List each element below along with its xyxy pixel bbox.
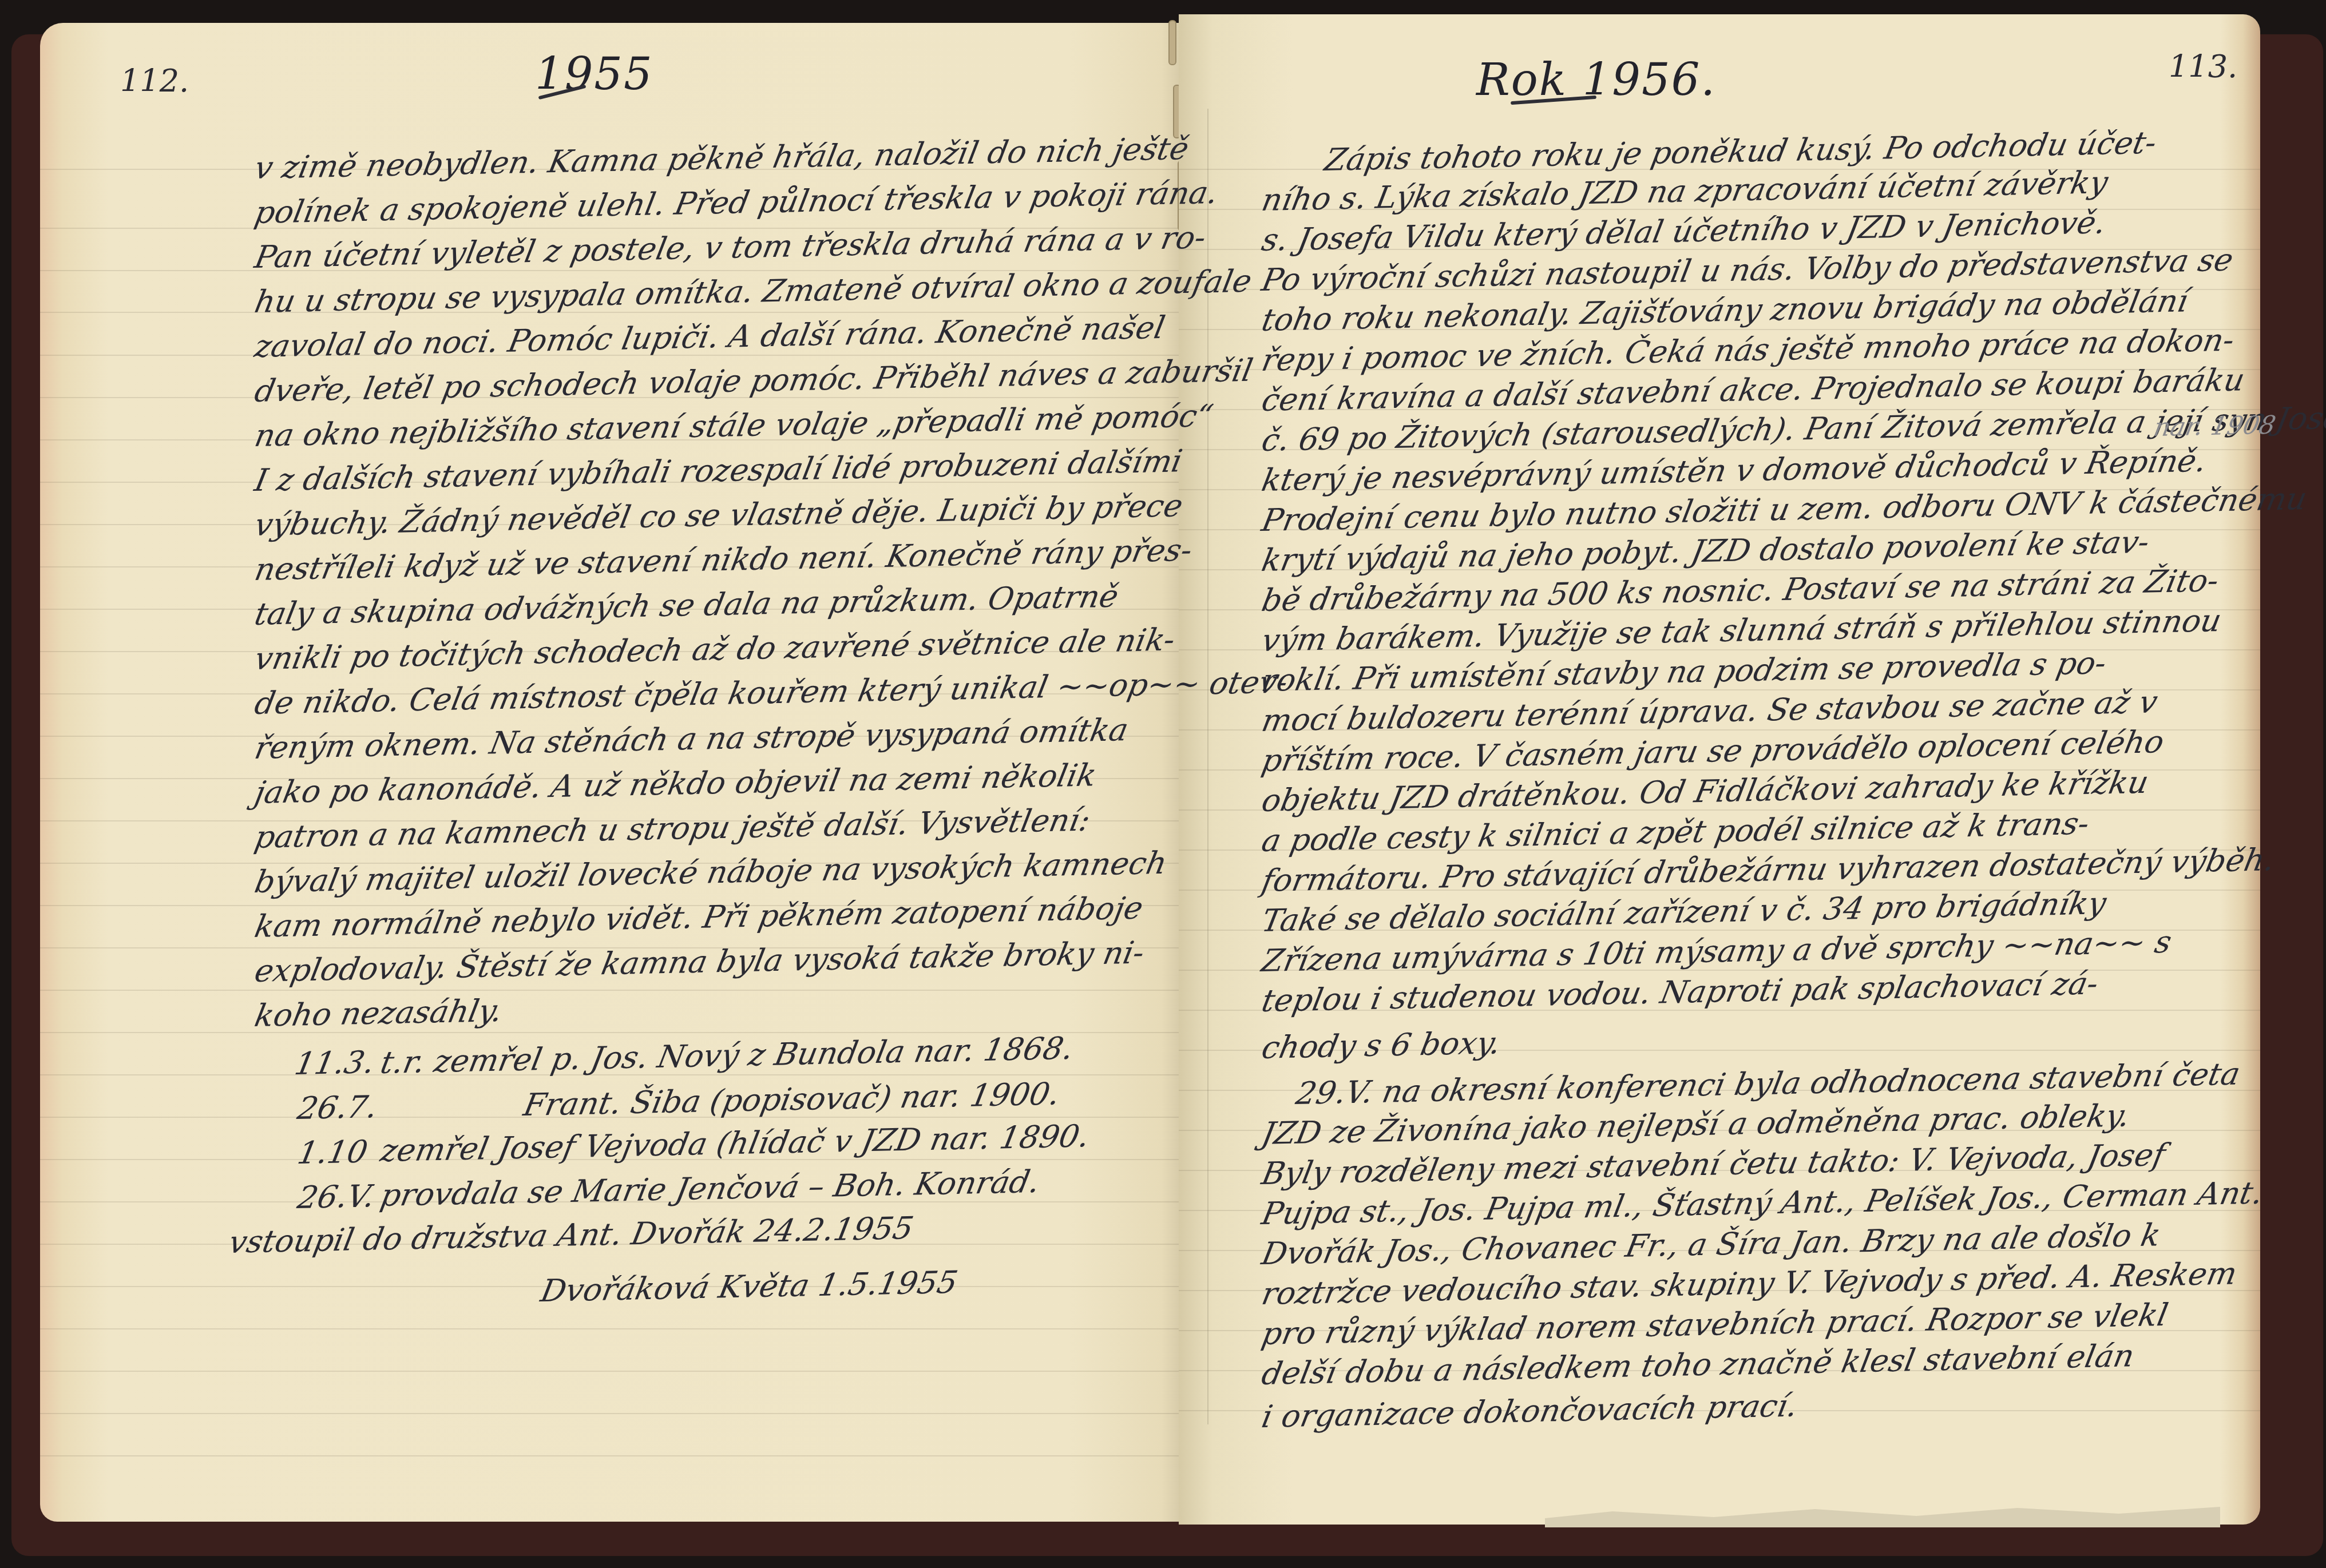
ruled-line (40, 1328, 1179, 1329)
pencil-margin-note: nar. 1908 (2151, 411, 2278, 442)
page-heading-right: Rok 1956. (1476, 54, 1716, 106)
page-number-right: 113. (2169, 49, 2237, 85)
event-date: 26.V. (295, 1178, 378, 1216)
event-date: 1.10 (295, 1133, 371, 1171)
ruled-line (40, 990, 1179, 991)
ruled-line (40, 1413, 1179, 1414)
page-number-left: 112. (120, 63, 189, 99)
event-date: 26.7. (295, 1089, 381, 1126)
text-line: koho nezasáhly. (252, 993, 505, 1034)
text-line: chody s 6 boxy. (1259, 1025, 1504, 1066)
ruled-line (40, 1455, 1179, 1456)
binding-stitch (1168, 20, 1176, 65)
margin-rule (1207, 109, 1208, 1424)
ruled-line (40, 1371, 1179, 1372)
event-date: 11.3. (292, 1044, 378, 1082)
